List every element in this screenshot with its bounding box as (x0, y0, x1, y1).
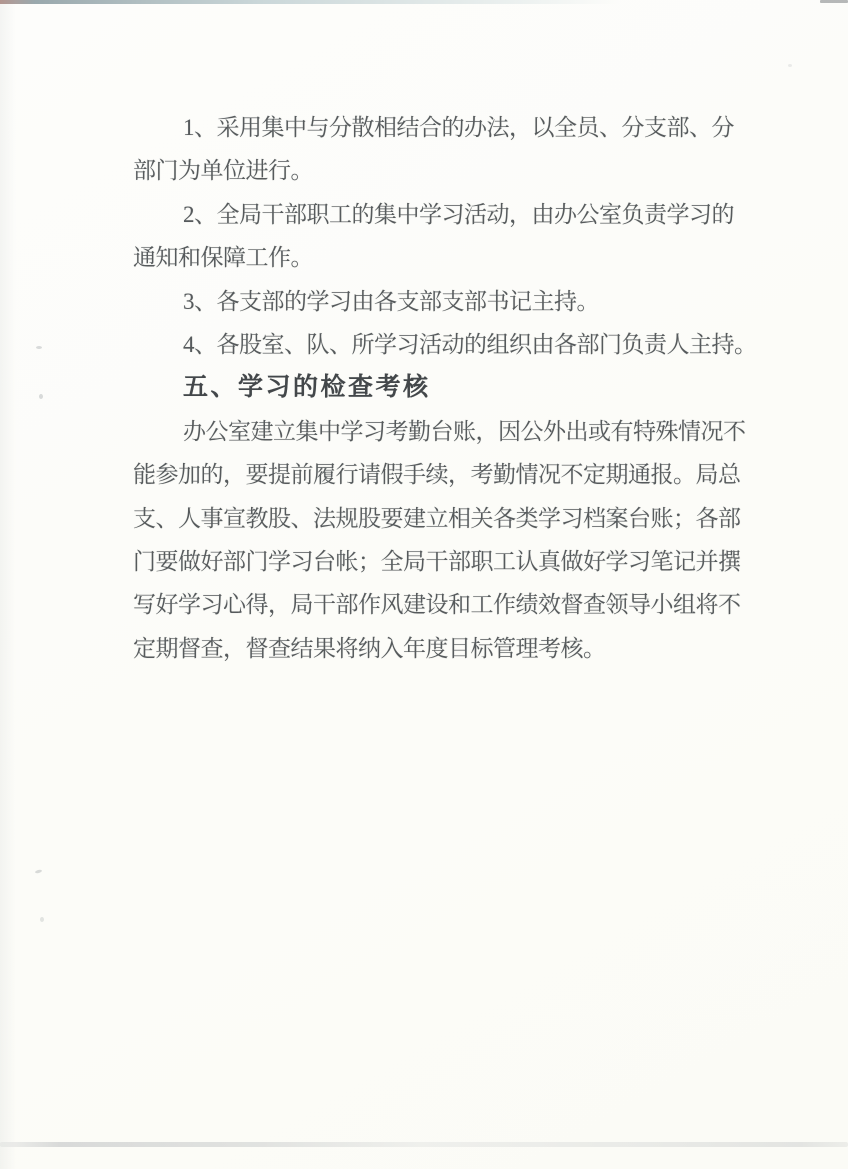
list-item-1-line-2: 部门为单位进行。 (133, 149, 733, 192)
scan-speck (35, 869, 43, 874)
scanner-top-edge-artifact (0, 0, 620, 4)
list-item-1-line-1: 1、采用集中与分散相结合的办法，以全员、分支部、分 (133, 106, 733, 149)
paragraph-line-2: 能参加的，要提前履行请假手续，考勤情况不定期通报。局总 (133, 453, 733, 496)
paragraph-line-4: 门要做好部门学习台帐；全局干部职工认真做好学习笔记并撰 (133, 540, 733, 583)
paragraph-line-5: 写好学习心得，局干部作风建设和工作绩效督查领导小组将不 (133, 583, 733, 626)
scanner-bottom-fold-line (0, 1142, 848, 1147)
paragraph-line-1: 办公室建立集中学习考勤台账，因公外出或有特殊情况不 (133, 410, 733, 453)
list-item-2-line-2: 通知和保障工作。 (133, 236, 733, 279)
scan-speck (40, 917, 44, 922)
scan-speck (788, 64, 792, 67)
list-item-2-line-1: 2、全局干部职工的集中学习活动，由办公室负责学习的 (133, 193, 733, 236)
scanner-top-right-artifact (820, 0, 848, 3)
document-text-block: 1、采用集中与分散相结合的办法，以全员、分支部、分 部门为单位进行。 2、全局干… (133, 106, 733, 670)
page-left-edge-shade (0, 0, 16, 1169)
list-item-3: 3、各支部的学习由各支部支部书记主持。 (133, 280, 733, 323)
list-item-4: 4、各股室、队、所学习活动的组织由各部门负责人主持。 (133, 323, 733, 366)
scan-speck (36, 346, 42, 349)
paragraph-line-3: 支、人事宣教股、法规股要建立相关各类学习档案台账；各部 (133, 497, 733, 540)
paragraph-line-6: 定期督查，督查结果将纳入年度目标管理考核。 (133, 627, 733, 670)
scan-speck (39, 394, 43, 399)
section-heading: 五、学习的检查考核 (133, 366, 733, 409)
